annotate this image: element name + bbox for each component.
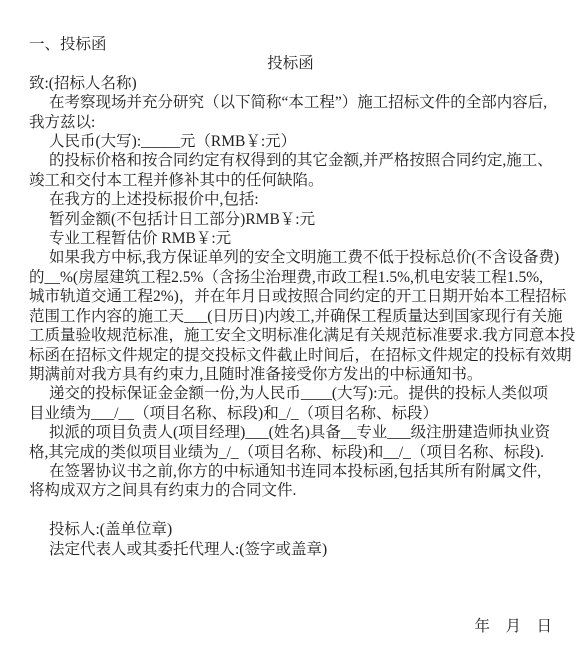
doc-line: 标函在招标文件规定的提交投标文件截止时间后，在招标文件规定的投标有效期	[29, 346, 552, 365]
doc-line: 期满前对我方具有约束力,且随时准备接受你方发出的中标通知书。	[29, 365, 552, 384]
doc-line: 将构成双方之间具有约束力的合同文件.	[29, 481, 552, 500]
date-line: 年 月 日	[29, 617, 552, 636]
estimated-price-line: 专业工程暂估价 RMB￥:元	[29, 229, 552, 248]
addressee-line: 致:(招标人名称)	[29, 74, 552, 93]
project-manager-line: 拟派的项目负责人(项目经理)___(姓名)具备__专业___级注册建造师执业资	[29, 423, 552, 442]
doc-line: 在我方的上述投标报价中,包括:	[29, 190, 552, 209]
doc-line: 在签署协议书之前,你方的中标通知书连同本投标函,包括其所有附属文件,	[29, 462, 552, 481]
doc-line: 城市轨道交通工程2%)，并在年月日或按照合同约定的开工日期开始本工程招标	[29, 287, 552, 306]
doc-line: 工质量验收规范标准，施工安全文明标准化满足有关规范标准要求.我方同意本投	[29, 326, 552, 345]
blank-line	[29, 501, 552, 520]
tender-letter-page: 一、投标函 投标函 致:(招标人名称) 在考察现场并充分研究（以下简称“本工程”…	[0, 0, 581, 662]
blank-line	[29, 578, 552, 597]
doc-line: 的__%(房屋建筑工程2.5%（含扬尘治理费,市政工程1.5%,机电安装工程1.…	[29, 268, 552, 287]
doc-line: 的投标价格和按合同约定有权得到的其它金额,并严格按照合同约定,施工、	[29, 151, 552, 170]
doc-line: 格,其完成的类似项目业绩为_/_（项目名称、标段)和__/_（项目名称、标段).	[29, 443, 552, 462]
doc-line: 我方兹以:	[29, 113, 552, 132]
bidder-signature-line: 投标人:(盖单位章)	[29, 520, 552, 539]
blank-line	[29, 598, 552, 617]
doc-title: 投标函	[29, 54, 552, 73]
doc-line: 在考察现场并充分研究（以下简称“本工程”）施工招标文件的全部内容后,	[29, 93, 552, 112]
representative-signature-line: 法定代表人或其委托代理人:(签字或盖章)	[29, 540, 552, 559]
provisional-sum-line: 暂列金额(不包括计日工部分)RMB￥:元	[29, 210, 552, 229]
doc-line: 竣工和交付本工程并修补其中的任何缺陷。	[29, 171, 552, 190]
bid-price-blank-line: 人民币(大写):_____元（RMB￥:元）	[29, 132, 552, 151]
doc-line: 如果我方中标,我方保证单列的安全文明施工费不低于投标总价(不含设备费)	[29, 248, 552, 267]
doc-line: 目业绩为___/__（项目名称、标段)和_/_（项目名称、标段）	[29, 404, 552, 423]
doc-line: 范围工作内容的施工天___(日历日)内竣工,并确保工程质量达到国家现行有关施	[29, 307, 552, 326]
blank-line	[29, 559, 552, 578]
section-heading: 一、投标函	[29, 35, 552, 54]
bid-bond-line: 递交的投标保证金金额一份,为人民币____(大写):元。提供的投标人类似项	[29, 384, 552, 403]
